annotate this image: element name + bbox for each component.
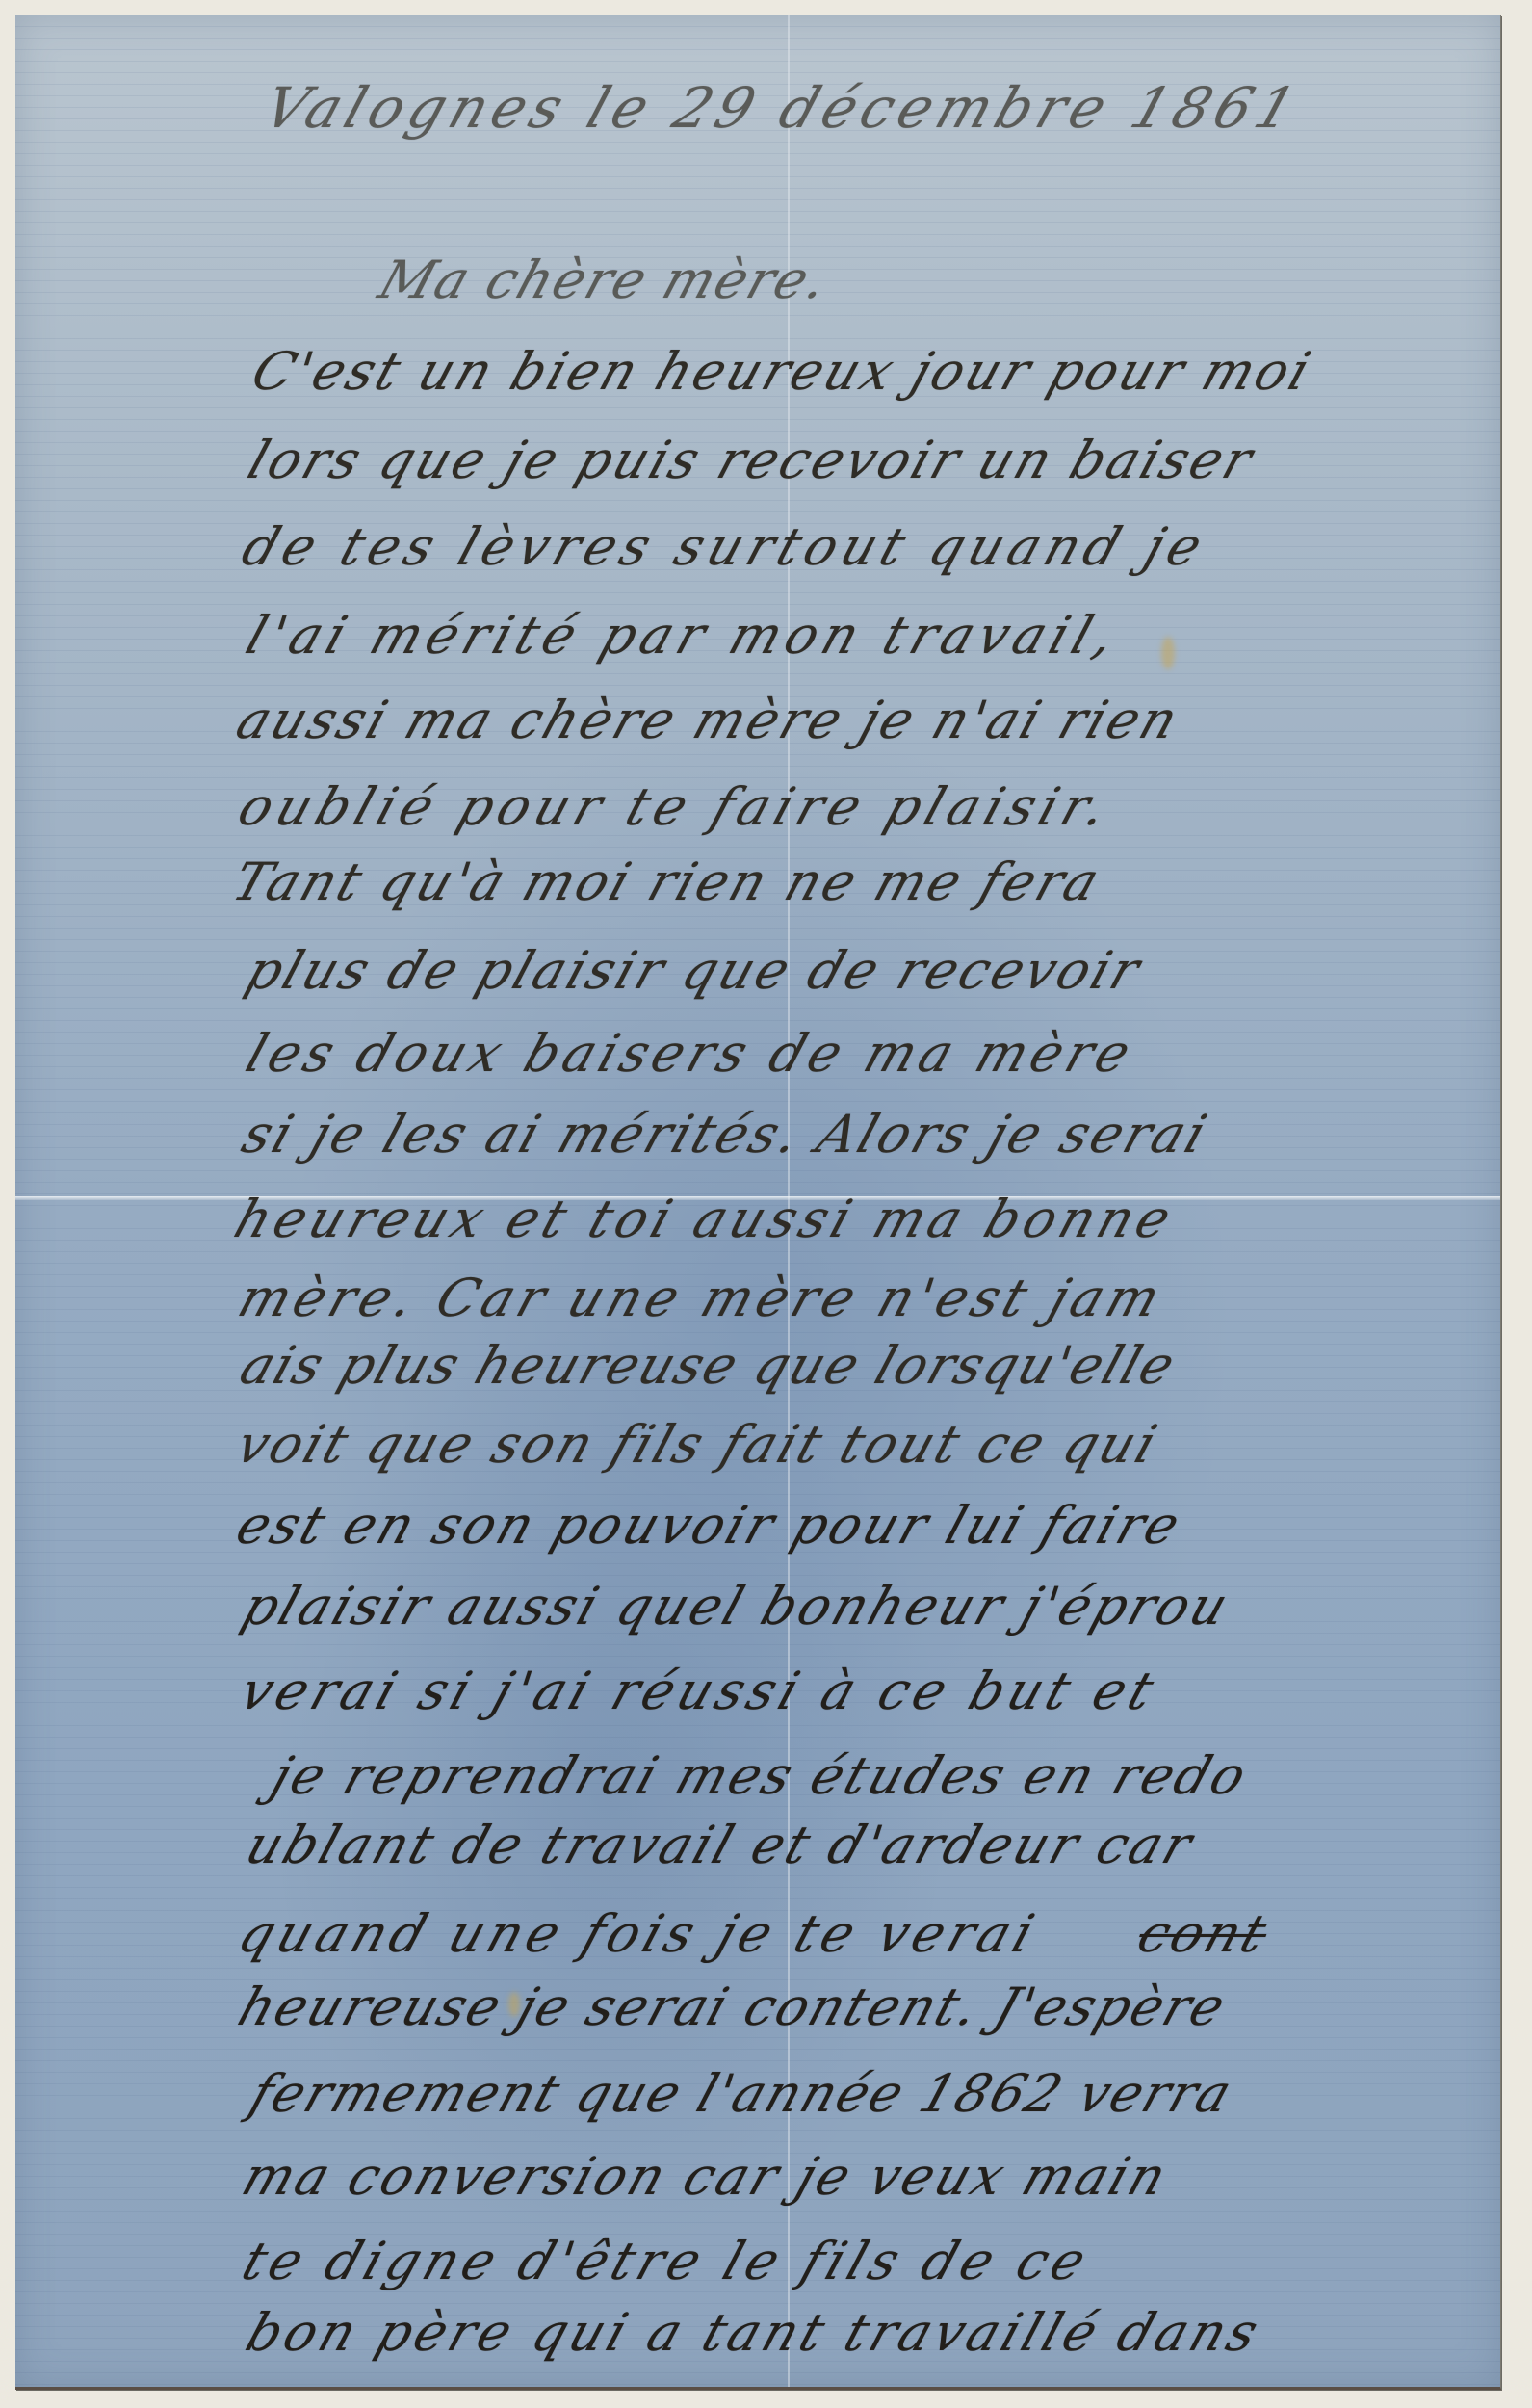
letter-line: l'ai mérité par mon travail, bbox=[239, 605, 1129, 666]
letter-line: lors que je puis recevoir un baiser bbox=[241, 430, 1262, 490]
letter-line: te digne d'être le fils de ce bbox=[235, 2231, 1098, 2291]
letter-line: je reprendrai mes études en redo bbox=[264, 1745, 1257, 1806]
letter-line: C'est un bien heureux jour pour moi bbox=[245, 341, 1320, 402]
letter-line: quand une fois je te verai bbox=[231, 1903, 1046, 1964]
letter-line: ma conversion car je veux main bbox=[235, 2146, 1177, 2207]
struck-word-text: cont bbox=[1130, 1903, 1277, 1964]
letter-line: de tes lèvres surtout quand je bbox=[235, 516, 1215, 577]
letter-line: ublant de travail et d'ardeur car bbox=[239, 1815, 1203, 1875]
letter-line: voit que son fils fait tout ce qui bbox=[229, 1414, 1167, 1475]
letter-place-date: Valognes le 29 décembre 1861 bbox=[256, 75, 1310, 141]
letter-line: ais plus heureuse que lorsqu'elle bbox=[233, 1335, 1184, 1396]
letter-line: les doux baisers de ma mère bbox=[239, 1023, 1143, 1084]
letter-line: aussi ma chère mère je n'ai rien bbox=[229, 690, 1188, 750]
letter-line: heureuse je serai content. J'espère bbox=[231, 1976, 1234, 2037]
letter-line: si je les ai mérités. Alors je serai bbox=[235, 1104, 1216, 1165]
letter-line: bon père qui a tant travaillé dans bbox=[239, 2302, 1269, 2363]
letter-line: mère. Car une mère n'est jam bbox=[231, 1268, 1172, 1328]
letter-salutation: Ma chère mère. bbox=[372, 249, 837, 310]
letter-line: oublié pour te faire plaisir. bbox=[231, 776, 1120, 837]
letter-line: est en son pouvoir pour lui faire bbox=[229, 1495, 1190, 1556]
letter-sheet: Valognes le 29 décembre 1861 Ma chère mè… bbox=[15, 15, 1501, 2390]
ink-stain bbox=[1161, 637, 1175, 669]
letter-line: verai si j'ai réussi à ce but et bbox=[233, 1661, 1166, 1721]
letter-line: heureux et toi aussi ma bonne bbox=[227, 1189, 1183, 1249]
letter-line: fermement que l'année 1862 verra bbox=[243, 2063, 1240, 2124]
letter-line: plus de plaisir que de recevoir bbox=[239, 940, 1150, 1001]
letter-line: plaisir aussi quel bonheur j'éprou bbox=[235, 1576, 1238, 1636]
struck-out-word: cont bbox=[1130, 1903, 1277, 1964]
letter-line: Tant qu'à moi rien ne me fera bbox=[225, 851, 1109, 912]
